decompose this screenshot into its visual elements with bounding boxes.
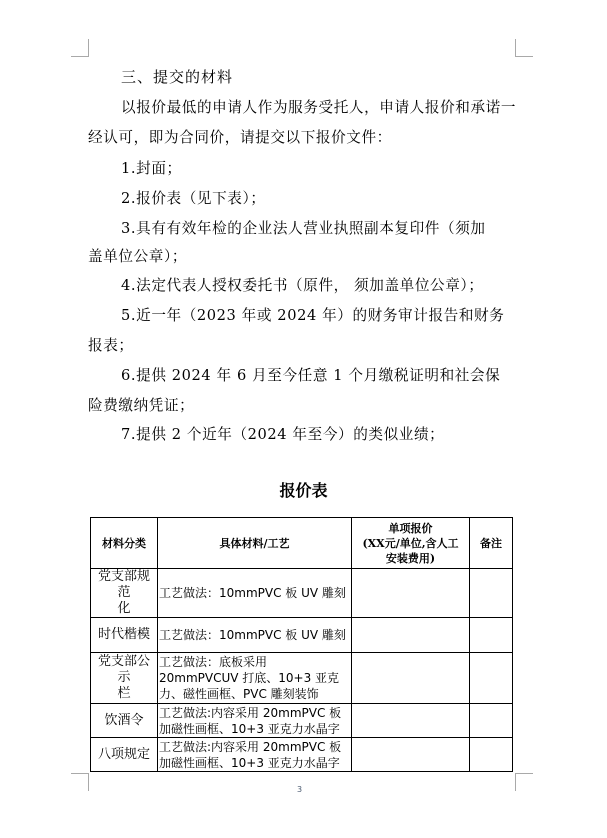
list-item-5-line-1: 5.近一年（2023 年或 2024 年）的财务审计报告和财务 xyxy=(121,304,504,325)
category-cell: 八项规定 xyxy=(91,738,158,772)
category-line-2: 化 xyxy=(92,601,156,617)
document-page: 三、提交的材料 以报价最低的申请人作为服务受托人，申请人报价和承诺一 经认可，即… xyxy=(0,0,607,838)
quote-table-title: 报价表 xyxy=(0,478,607,501)
material-cell: 工艺做法：底板采用 20mmPVCUV 打底、10+3 亚克力、磁性画框、PVC… xyxy=(158,653,352,704)
header-price-line-1: 单项报价 xyxy=(353,521,468,536)
category-cell: 党支部公示 栏 xyxy=(91,653,158,704)
remark-cell[interactable] xyxy=(470,618,513,653)
price-cell[interactable] xyxy=(352,618,470,653)
remark-cell[interactable] xyxy=(470,653,513,704)
corner-mark-top-left-v xyxy=(88,39,89,57)
price-cell[interactable] xyxy=(352,704,470,738)
list-item-1: 1.封面； xyxy=(121,157,182,178)
list-item-2: 2.报价表（见下表）； xyxy=(121,187,266,208)
corner-mark-top-right-v xyxy=(515,39,516,57)
table-header-row: 材料分类 具体材料/工艺 单项报价 (XX元/单位,含人工 安装费用) 备注 xyxy=(91,518,513,569)
intro-paragraph-line-1: 以报价最低的申请人作为服务受托人，申请人报价和承诺一 xyxy=(121,96,516,117)
header-price: 单项报价 (XX元/单位,含人工 安装费用) xyxy=(352,518,470,569)
material-cell: 工艺做法:内容采用 20mmPVC 板加磁性画框、10+3 亚克力水晶字 xyxy=(158,704,352,738)
price-cell[interactable] xyxy=(352,738,470,772)
list-item-6-line-2: 险费缴纳凭证； xyxy=(88,394,194,415)
remark-cell[interactable] xyxy=(470,704,513,738)
price-cell[interactable] xyxy=(352,569,470,618)
category-line-1: 八项规定 xyxy=(92,747,156,763)
corner-mark-top-right-h xyxy=(515,56,533,57)
intro-paragraph-line-2: 经认可，即为合同价，请提交以下报价文件： xyxy=(88,126,392,147)
category-line-2: 栏 xyxy=(92,686,156,702)
header-remark: 备注 xyxy=(470,518,513,569)
list-item-6-line-1: 6.提供 2024 年 6 月至今任意 1 个月缴税证明和社会保 xyxy=(121,364,500,385)
corner-mark-bottom-left-h xyxy=(71,773,89,774)
section-heading: 三、提交的材料 xyxy=(121,66,233,87)
corner-mark-bottom-right-v xyxy=(515,773,516,791)
header-price-line-2: (XX元/单位,含人工 xyxy=(353,536,468,551)
category-line-1: 党支部公示 xyxy=(92,654,156,686)
list-item-5-line-2: 报表； xyxy=(88,334,134,355)
category-line-1: 时代楷模 xyxy=(92,627,156,643)
material-cell: 工艺做法:内容采用 20mmPVC 板加磁性画框、10+3 亚克力水晶字 xyxy=(158,738,352,772)
table-row: 八项规定 工艺做法:内容采用 20mmPVC 板加磁性画框、10+3 亚克力水晶… xyxy=(91,738,513,772)
list-item-7: 7.提供 2 个近年（2024 年至今）的类似业绩； xyxy=(121,423,444,444)
material-cell: 工艺做法：10mmPVC 板 UV 雕刻 xyxy=(158,618,352,653)
header-material: 具体材料/工艺 xyxy=(158,518,352,569)
list-item-3-line-1: 3.具有有效年检的企业法人营业执照副本复印件（须加 xyxy=(121,217,486,238)
remark-cell[interactable] xyxy=(470,569,513,618)
header-price-line-3: 安装费用) xyxy=(353,551,468,566)
corner-mark-bottom-right-h xyxy=(515,773,533,774)
page-number: 3 xyxy=(297,785,302,794)
quote-table: 材料分类 具体材料/工艺 单项报价 (XX元/单位,含人工 安装费用) 备注 党… xyxy=(90,517,513,772)
table-row: 时代楷模 工艺做法：10mmPVC 板 UV 雕刻 xyxy=(91,618,513,653)
category-line-1: 饮酒令 xyxy=(92,713,156,729)
list-item-4: 4.法定代表人授权委托书（原件， 须加盖单位公章）； xyxy=(121,274,484,295)
price-cell[interactable] xyxy=(352,653,470,704)
list-item-3-line-2: 盖单位公章）； xyxy=(88,245,187,266)
category-cell: 饮酒令 xyxy=(91,704,158,738)
corner-mark-top-left-h xyxy=(71,56,89,57)
table-row: 饮酒令 工艺做法:内容采用 20mmPVC 板加磁性画框、10+3 亚克力水晶字 xyxy=(91,704,513,738)
header-category: 材料分类 xyxy=(91,518,158,569)
material-cell: 工艺做法：10mmPVC 板 UV 雕刻 xyxy=(158,569,352,618)
category-cell: 时代楷模 xyxy=(91,618,158,653)
corner-mark-bottom-left-v xyxy=(88,773,89,791)
remark-cell[interactable] xyxy=(470,738,513,772)
table-row: 党支部规范 化 工艺做法：10mmPVC 板 UV 雕刻 xyxy=(91,569,513,618)
category-cell: 党支部规范 化 xyxy=(91,569,158,618)
table-row: 党支部公示 栏 工艺做法：底板采用 20mmPVCUV 打底、10+3 亚克力、… xyxy=(91,653,513,704)
category-line-1: 党支部规范 xyxy=(92,569,156,601)
